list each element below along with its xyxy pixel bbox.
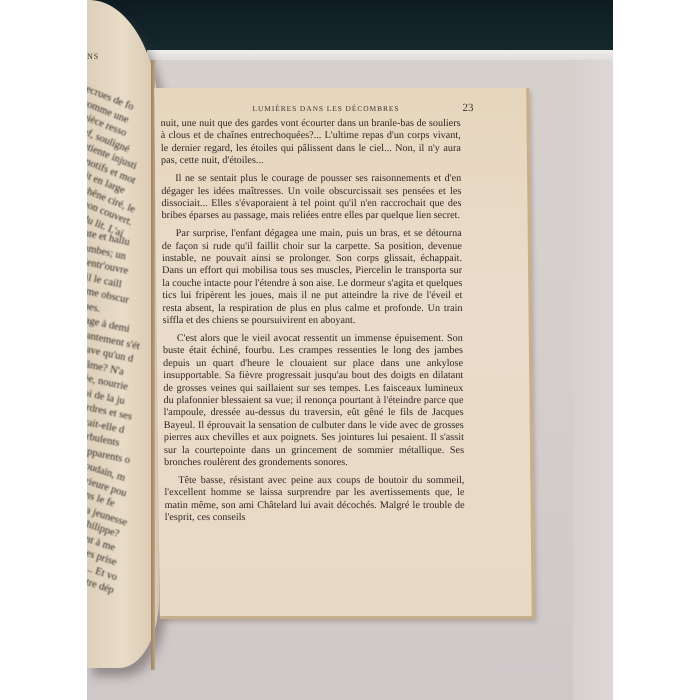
page-number: 23 [462, 102, 473, 114]
paragraph: Tête basse, résistant avec peine aux cou… [164, 475, 465, 525]
paragraph: Par surprise, l'enfant dégagea une main,… [162, 228, 463, 327]
dark-backdrop [87, 0, 613, 57]
right-page: Lumières dans les décombres 23 nuit, une… [154, 88, 535, 619]
paragraph: C'est alors que le vieil avocat ressenti… [163, 333, 464, 469]
page-header: Lumières dans les décombres 23 [154, 102, 526, 116]
paragraph: nuit, une nuit que des gardes vont écour… [161, 118, 462, 168]
body-text: nuit, une nuit que des gardes vont écour… [161, 118, 465, 530]
left-page-line-fragment: mes. [87, 300, 101, 315]
book-photograph: NS recrues de focomme unepièce ressouf, … [87, 0, 613, 700]
paragraph: Il ne se sentait plus le courage de pous… [161, 173, 462, 223]
left-page-running-head: NS [87, 52, 99, 61]
table-edge [147, 50, 613, 60]
table-surface-right [573, 60, 613, 700]
left-page-curled: NS recrues de focomme unepièce ressouf, … [87, 0, 159, 668]
running-head: Lumières dans les décombres [252, 104, 399, 113]
